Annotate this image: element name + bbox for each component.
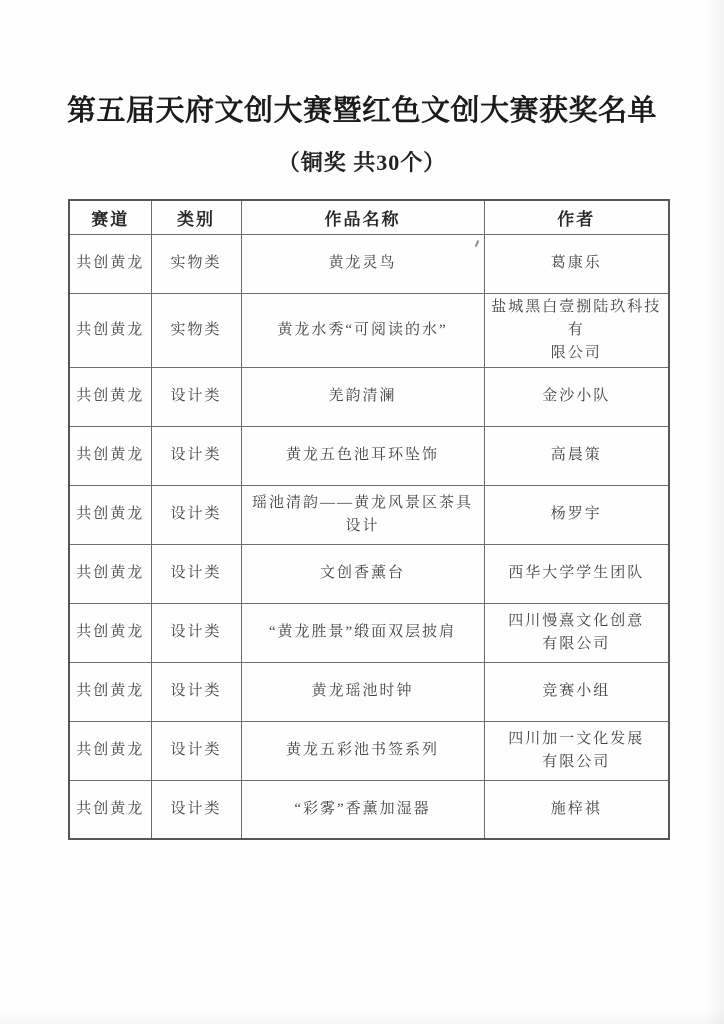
cell-category: 设计类	[151, 603, 241, 662]
cell-author: 竞赛小组	[484, 662, 669, 721]
cell-track: 共创黄龙	[69, 234, 151, 293]
table-row: 共创黄龙 设计类 瑶池清韵——黄龙风景区茶具设计 杨罗宇	[69, 485, 669, 544]
cell-track: 共创黄龙	[69, 293, 151, 367]
cell-category: 设计类	[151, 485, 241, 544]
header-cell-work: 作品名称	[241, 200, 484, 234]
table-row: 共创黄龙 设计类 “彩雾”香薰加湿器 施梓祺	[69, 780, 669, 839]
cell-author: 高晨策	[484, 426, 669, 485]
table-row: 共创黄龙 实物类 黄龙水秀“可阅读的水” 盐城黑白壹捌陆玖科技有 限公司	[69, 293, 669, 367]
cell-author: 四川加一文化发展 有限公司	[484, 721, 669, 780]
cell-work: 黄龙瑶池时钟	[241, 662, 484, 721]
cell-author: 葛康乐	[484, 234, 669, 293]
cell-category: 设计类	[151, 367, 241, 426]
cell-work: 羌韵清澜	[241, 367, 484, 426]
header-cell-category: 类别	[151, 200, 241, 234]
cell-author: 西华大学学生团队	[484, 544, 669, 603]
page-subtitle: （铜奖 共30个）	[0, 146, 724, 177]
cell-category: 实物类	[151, 293, 241, 367]
table-row: 共创黄龙 设计类 黄龙五彩池书签系列 四川加一文化发展 有限公司	[69, 721, 669, 780]
cell-category: 设计类	[151, 544, 241, 603]
document-page: 第五届天府文创大赛暨红色文创大赛获奖名单 （铜奖 共30个） 赛道 类别 作品名…	[0, 0, 724, 840]
cell-work: 黄龙水秀“可阅读的水”	[241, 293, 484, 367]
cell-work: “黄龙胜景”缎面双层披肩	[241, 603, 484, 662]
cell-category: 设计类	[151, 662, 241, 721]
cell-track: 共创黄龙	[69, 780, 151, 839]
cell-track: 共创黄龙	[69, 544, 151, 603]
cell-category: 设计类	[151, 721, 241, 780]
cell-author: 金沙小队	[484, 367, 669, 426]
cell-work: 黄龙五彩池书签系列	[241, 721, 484, 780]
table-header-row: 赛道 类别 作品名称 作者	[69, 200, 669, 234]
cell-work: 黄龙五色池耳环坠饰	[241, 426, 484, 485]
cell-work: 瑶池清韵——黄龙风景区茶具设计	[241, 485, 484, 544]
cell-author: 盐城黑白壹捌陆玖科技有 限公司	[484, 293, 669, 367]
cell-author: 施梓祺	[484, 780, 669, 839]
header-cell-author: 作者	[484, 200, 669, 234]
page-title: 第五届天府文创大赛暨红色文创大赛获奖名单	[0, 92, 724, 130]
cell-author: 四川慢熹文化创意 有限公司	[484, 603, 669, 662]
table-row: 共创黄龙 设计类 羌韵清澜 金沙小队	[69, 367, 669, 426]
scan-shading-bottom	[0, 1010, 724, 1024]
cell-category: 设计类	[151, 426, 241, 485]
header-cell-track: 赛道	[69, 200, 151, 234]
cell-track: 共创黄龙	[69, 485, 151, 544]
cell-category: 设计类	[151, 780, 241, 839]
cell-author: 杨罗宇	[484, 485, 669, 544]
cell-track: 共创黄龙	[69, 721, 151, 780]
table-row: 共创黄龙 设计类 黄龙瑶池时钟 竞赛小组	[69, 662, 669, 721]
table-row: 共创黄龙 设计类 黄龙五色池耳环坠饰 高晨策	[69, 426, 669, 485]
cell-work: 黄龙灵鸟	[241, 234, 484, 293]
cell-work: 文创香薰台	[241, 544, 484, 603]
cell-track: 共创黄龙	[69, 662, 151, 721]
cell-track: 共创黄龙	[69, 603, 151, 662]
cell-track: 共创黄龙	[69, 426, 151, 485]
table-row: 共创黄龙 设计类 文创香薰台 西华大学学生团队	[69, 544, 669, 603]
table-row: 共创黄龙 设计类 “黄龙胜景”缎面双层披肩 四川慢熹文化创意 有限公司	[69, 603, 669, 662]
table-row: 共创黄龙 实物类 黄龙灵鸟 葛康乐	[69, 234, 669, 293]
cell-work: “彩雾”香薰加湿器	[241, 780, 484, 839]
cell-category: 实物类	[151, 234, 241, 293]
awards-table: 赛道 类别 作品名称 作者 共创黄龙 实物类 黄龙灵鸟 葛康乐 共创黄龙 实物类…	[68, 199, 670, 840]
cell-track: 共创黄龙	[69, 367, 151, 426]
